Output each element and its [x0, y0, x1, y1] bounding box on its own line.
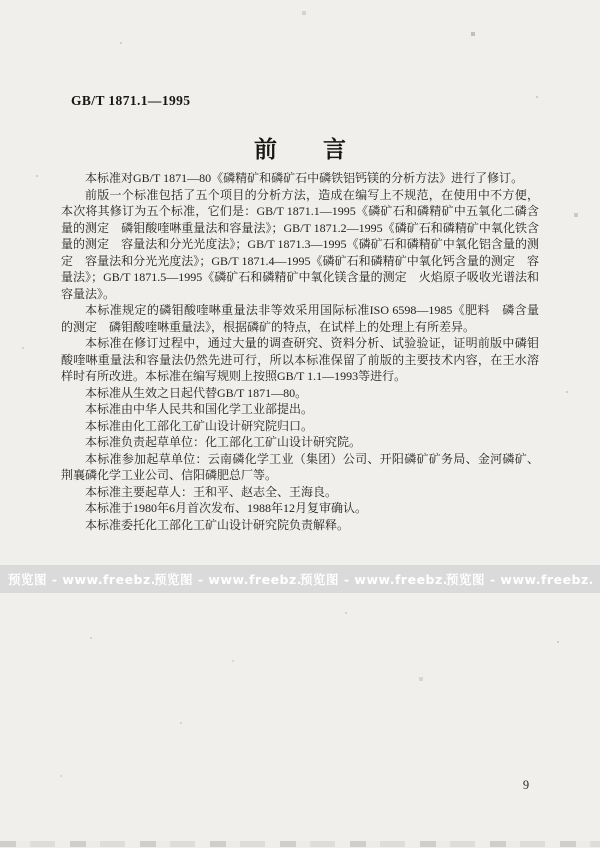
foreword-paragraph: 本标准参加起草单位：云南磷化学工业（集团）公司、开阳磷矿矿务局、金河磷矿、荆襄磷…: [61, 451, 539, 484]
foreword-paragraph: 本标准规定的磷钼酸喹啉重量法非等效采用国际标准ISO 6598—1985《肥料 …: [61, 302, 539, 335]
foreword-body: 本标准对GB/T 1871—80《磷精矿和磷矿石中磷铁铝钙镁的分析方法》进行了修…: [61, 170, 539, 533]
watermark-text: 预览图 - www.freebz.net: [8, 570, 154, 588]
foreword-paragraph: 前版一个标准包括了五个项目的分析方法，造成在编写上不规范，在使用中不方便，本次将…: [61, 187, 539, 303]
foreword-paragraph: 本标准主要起草人：王和平、赵志全、王海良。: [61, 484, 539, 501]
page-title: 前言: [254, 131, 392, 164]
title-row: 前言: [0, 131, 600, 164]
foreword-paragraph: 本标准由中华人民共和国化学工业部提出。: [61, 401, 539, 418]
scan-edge-artifact: [0, 841, 600, 847]
foreword-paragraph: 本标准于1980年6月首次发布、1988年12月复审确认。: [61, 500, 539, 517]
foreword-paragraph: 本标准在修订过程中，通过大量的调查研究、资料分析、试验验证，证明前版中磷钼酸喹啉…: [61, 335, 539, 385]
standard-code: GB/T 1871.1—1995: [71, 93, 190, 109]
scan-noise: [0, 0, 2, 2]
watermark-text: 预览图 - www.freebz.net: [446, 570, 592, 588]
page-number: 9: [514, 778, 538, 793]
scanned-document-page: GB/T 1871.1—1995 前言 本标准对GB/T 1871—80《磷精矿…: [0, 0, 600, 848]
watermark-band: 预览图 - www.freebz.net 预览图 - www.freebz.ne…: [0, 565, 600, 593]
foreword-paragraph: 本标准由化工部化工矿山设计研究院归口。: [61, 418, 539, 435]
foreword-paragraph: 本标准负责起草单位：化工部化工矿山设计研究院。: [61, 434, 539, 451]
watermark-text: 预览图 - www.freebz.net: [300, 570, 446, 588]
watermark-text: 预览图 - www.freebz.net: [154, 570, 300, 588]
foreword-paragraph: 本标准委托化工部化工矿山设计研究院负责解释。: [61, 517, 539, 534]
foreword-paragraph: 本标准对GB/T 1871—80《磷精矿和磷矿石中磷铁铝钙镁的分析方法》进行了修…: [61, 170, 539, 187]
foreword-paragraph: 本标准从生效之日起代替GB/T 1871—80。: [61, 385, 539, 402]
